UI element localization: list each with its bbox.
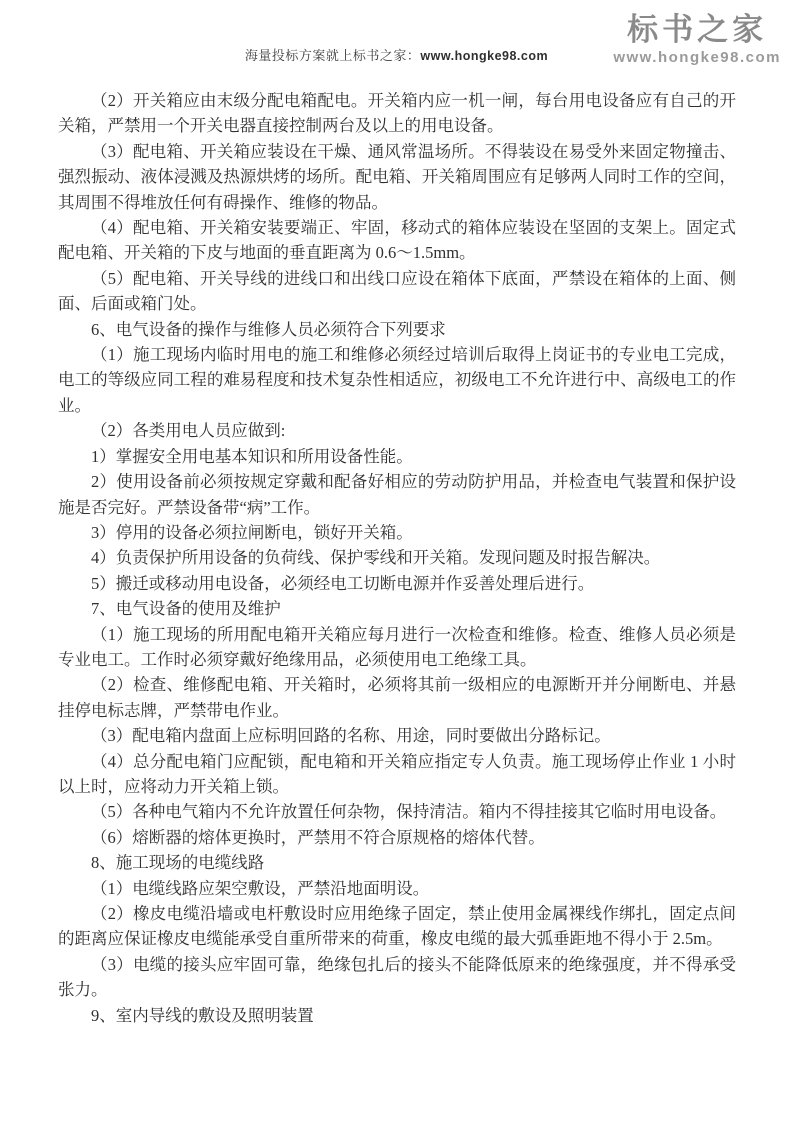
- paragraph: （1）电缆线路应架空敷设，严禁沿地面明设。: [58, 876, 736, 901]
- paragraph: 6、电气设备的操作与维修人员必须符合下列要求: [58, 317, 736, 342]
- paragraph: （5）配电箱、开关导线的进线口和出线口应设在箱体下底面，严禁设在箱体的上面、侧面…: [58, 266, 736, 317]
- paragraph: 2）使用设备前必须按规定穿戴和配备好相应的劳动防护用品，并检查电气装置和保护设施…: [58, 469, 736, 520]
- site-logo: 标书之家 www.hongke98.com: [613, 14, 781, 65]
- paragraph: （1）施工现场的所用配电箱开关箱应每月进行一次检查和维修。检查、维修人员必须是专…: [58, 622, 736, 673]
- document-page: 海量投标方案就上标书之家：www.hongke98.com 标书之家 www.h…: [0, 0, 793, 1122]
- paragraph: 3）停用的设备必须拉闸断电，锁好开关箱。: [58, 520, 736, 545]
- paragraph: 9、室内导线的敷设及照明装置: [58, 1003, 736, 1028]
- paragraph: 5）搬迁或移动用电设备，必须经电工切断电源并作妥善处理后进行。: [58, 571, 736, 596]
- paragraph: （3）配电箱内盘面上应标明回路的名称、用途，同时要做出分路标记。: [58, 723, 736, 748]
- document-body: （2）开关箱应由末级分配电箱配电。开关箱内应一机一闸，每台用电设备应有自己的开关…: [58, 88, 736, 1028]
- paragraph: （4）总分配电箱门应配锁，配电箱和开关箱应指定专人负责。施工现场停止作业 1 小…: [58, 749, 736, 800]
- paragraph: 4）负责保护所用设备的负荷线、保护零线和开关箱。发现问题及时报告解决。: [58, 545, 736, 570]
- paragraph: （5）各种电气箱内不允许放置任何杂物，保持清洁。箱内不得挂接其它临时用电设备。: [58, 799, 736, 824]
- logo-title: 标书之家: [613, 14, 781, 45]
- paragraph: 1）掌握安全用电基本知识和所用设备性能。: [58, 444, 736, 469]
- paragraph: （3）电缆的接头应牢固可靠，绝缘包扎后的接头不能降低原来的绝缘强度，并不得承受张…: [58, 952, 736, 1003]
- promo-text: 海量投标方案就上标书之家：: [245, 48, 421, 63]
- paragraph: （2）检查、维修配电箱、开关箱时，必须将其前一级相应的电源断开并分闸断电、并悬挂…: [58, 672, 736, 723]
- paragraph: （3）配电箱、开关箱应装设在干燥、通风常温场所。不得装设在易受外来固定物撞击、强…: [58, 139, 736, 215]
- paragraph: 7、电气设备的使用及维护: [58, 596, 736, 621]
- promo-url-link[interactable]: www.hongke98.com: [420, 49, 548, 63]
- paragraph: （2）各类用电人员应做到:: [58, 418, 736, 443]
- logo-url-link[interactable]: www.hongke98.com: [613, 50, 781, 65]
- paragraph: （2）橡皮电缆沿墙或电杆敷设时应用绝缘子固定，禁止使用金属裸线作绑扎，固定点间的…: [58, 901, 736, 952]
- paragraph: 8、施工现场的电缆线路: [58, 850, 736, 875]
- paragraph: （4）配电箱、开关箱安装要端正、牢固，移动式的箱体应装设在坚固的支架上。固定式配…: [58, 215, 736, 266]
- paragraph: （2）开关箱应由末级分配电箱配电。开关箱内应一机一闸，每台用电设备应有自己的开关…: [58, 88, 736, 139]
- paragraph: （1）施工现场内临时用电的施工和维修必须经过培训后取得上岗证书的专业电工完成，电…: [58, 342, 736, 418]
- paragraph: （6）熔断器的熔体更换时，严禁用不符合原规格的熔体代替。: [58, 825, 736, 850]
